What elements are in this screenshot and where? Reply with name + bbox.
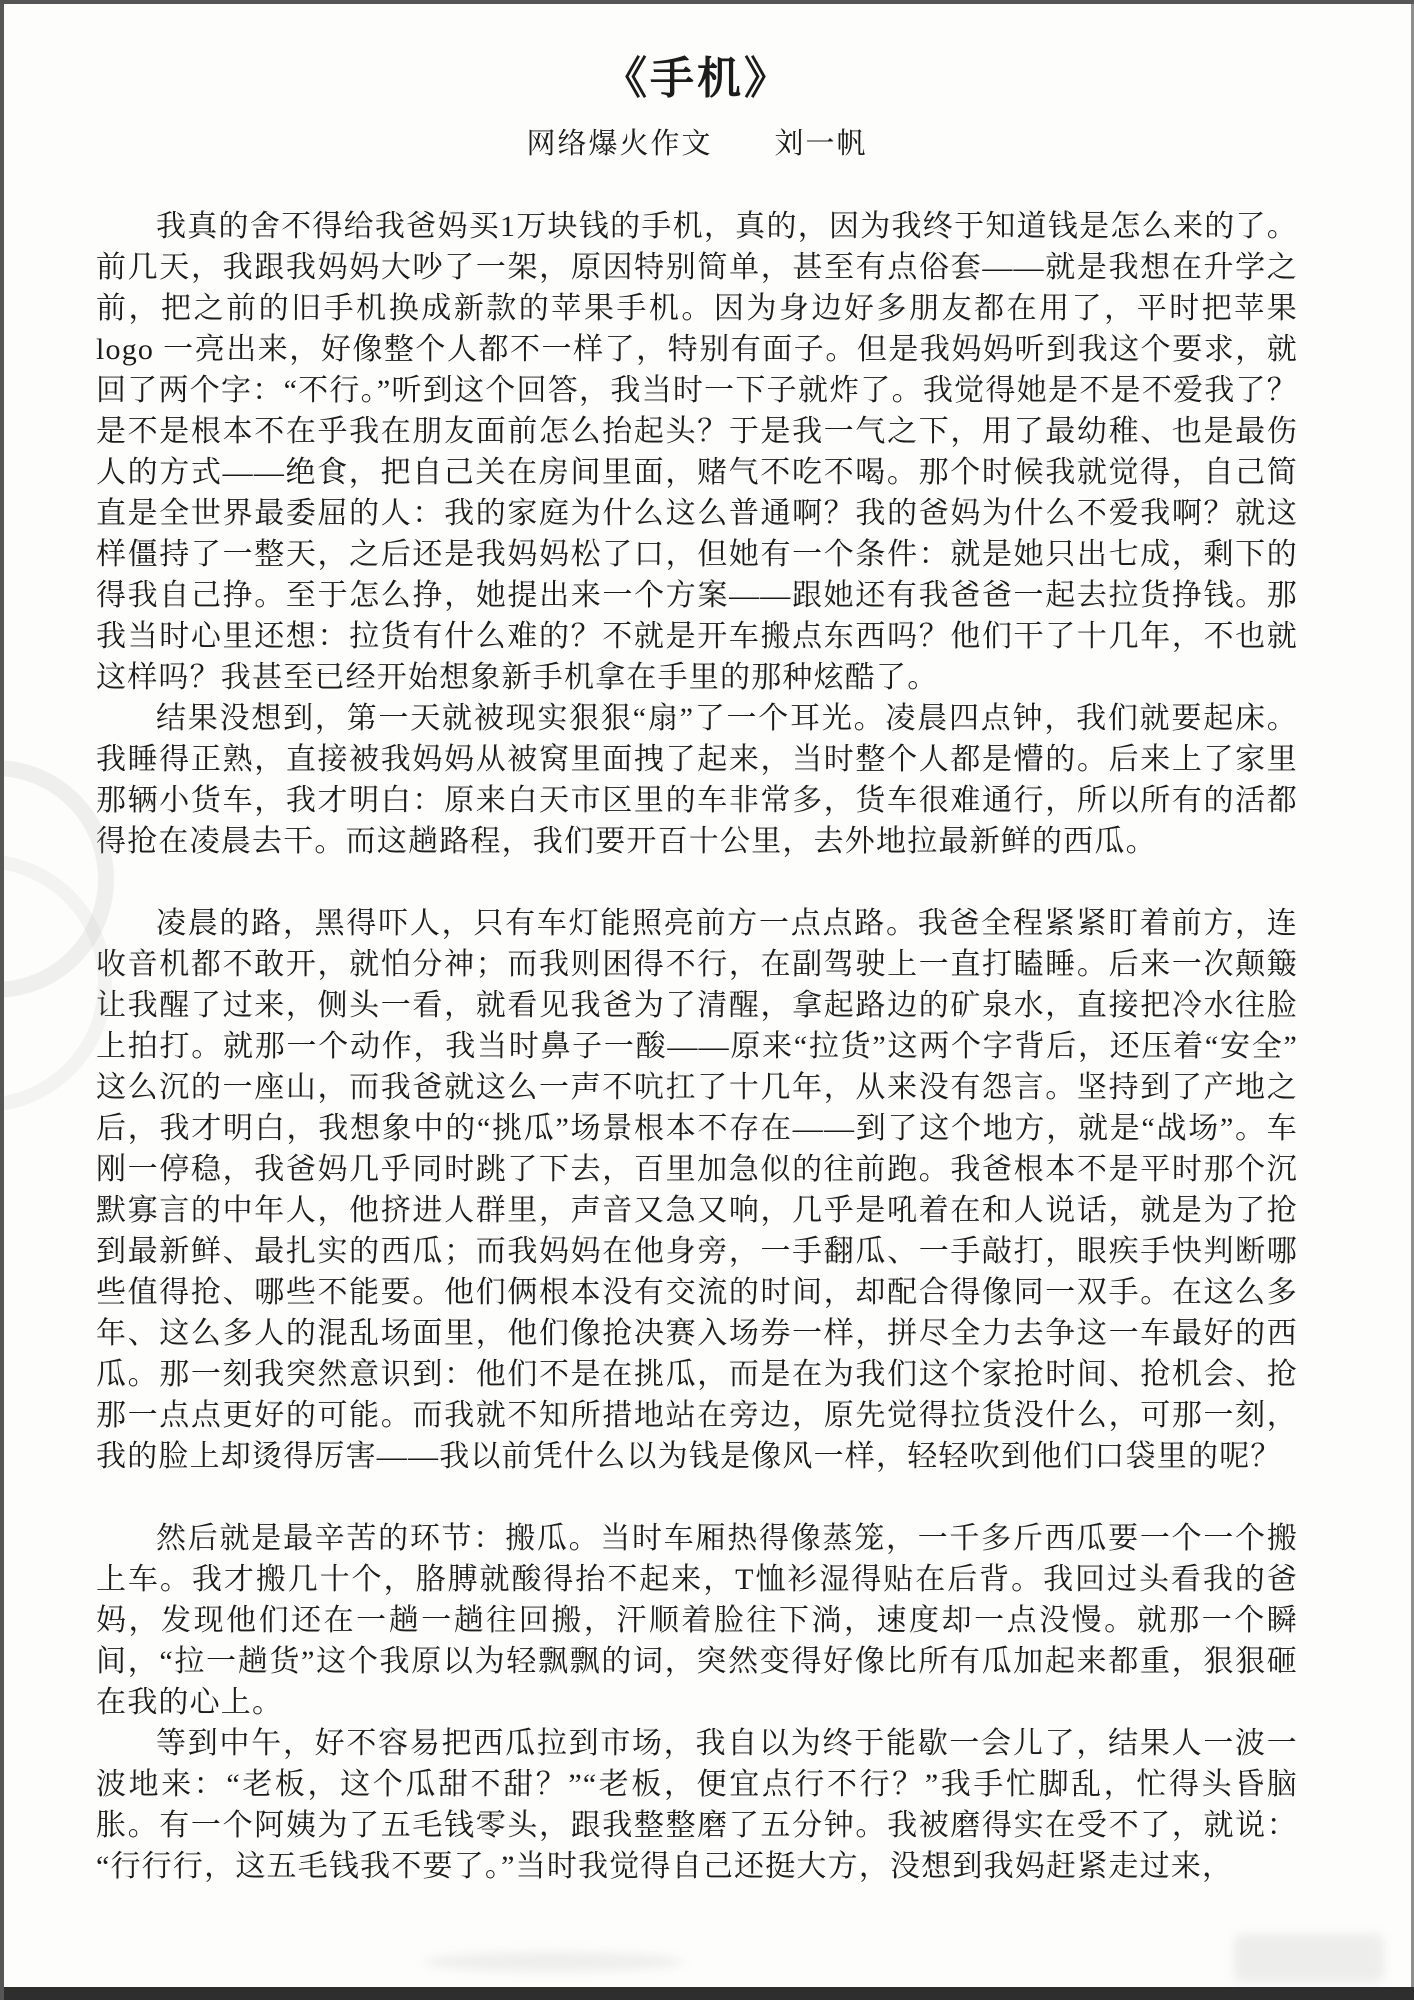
essay-content: 《手机》 网络爆火作文 刘一帆 我真的舍不得给我爸妈买1万块钱的手机，真的，因为…: [96, 54, 1298, 1887]
paragraph-1: 我真的舍不得给我爸妈买1万块钱的手机，真的，因为我终于知道钱是怎么来的了。前几天…: [96, 206, 1298, 698]
scan-smudge: [424, 1952, 684, 1972]
paragraph-5: 等到中午，好不容易把西瓜拉到市场，我自以为终于能歇一会儿了，结果人一波一波地来：…: [96, 1723, 1298, 1887]
scan-smudge: [1234, 1934, 1384, 1982]
essay-byline: 网络爆火作文 刘一帆: [96, 121, 1298, 162]
essay-body: 我真的舍不得给我爸妈买1万块钱的手机，真的，因为我终于知道钱是怎么来的了。前几天…: [96, 206, 1298, 1887]
page-bottom-bar: [4, 1987, 1414, 2000]
paragraph-3: 凌晨的路，黑得吓人，只有车灯能照亮前方一点点路。我爸全程紧紧盯着前方，连收音机都…: [96, 903, 1298, 1477]
paragraph-2: 结果没想到，第一天就被现实狠狠“扇”了一个耳光。凌晨四点钟，我们就要起床。我睡得…: [96, 698, 1298, 862]
scanned-essay-page: 《手机》 网络爆火作文 刘一帆 我真的舍不得给我爸妈买1万块钱的手机，真的，因为…: [0, 0, 1414, 2000]
essay-title: 《手机》: [96, 54, 1298, 105]
paragraph-4: 然后就是最辛苦的环节：搬瓜。当时车厢热得像蒸笼，一千多斤西瓜要一个一个搬上车。我…: [96, 1518, 1298, 1723]
